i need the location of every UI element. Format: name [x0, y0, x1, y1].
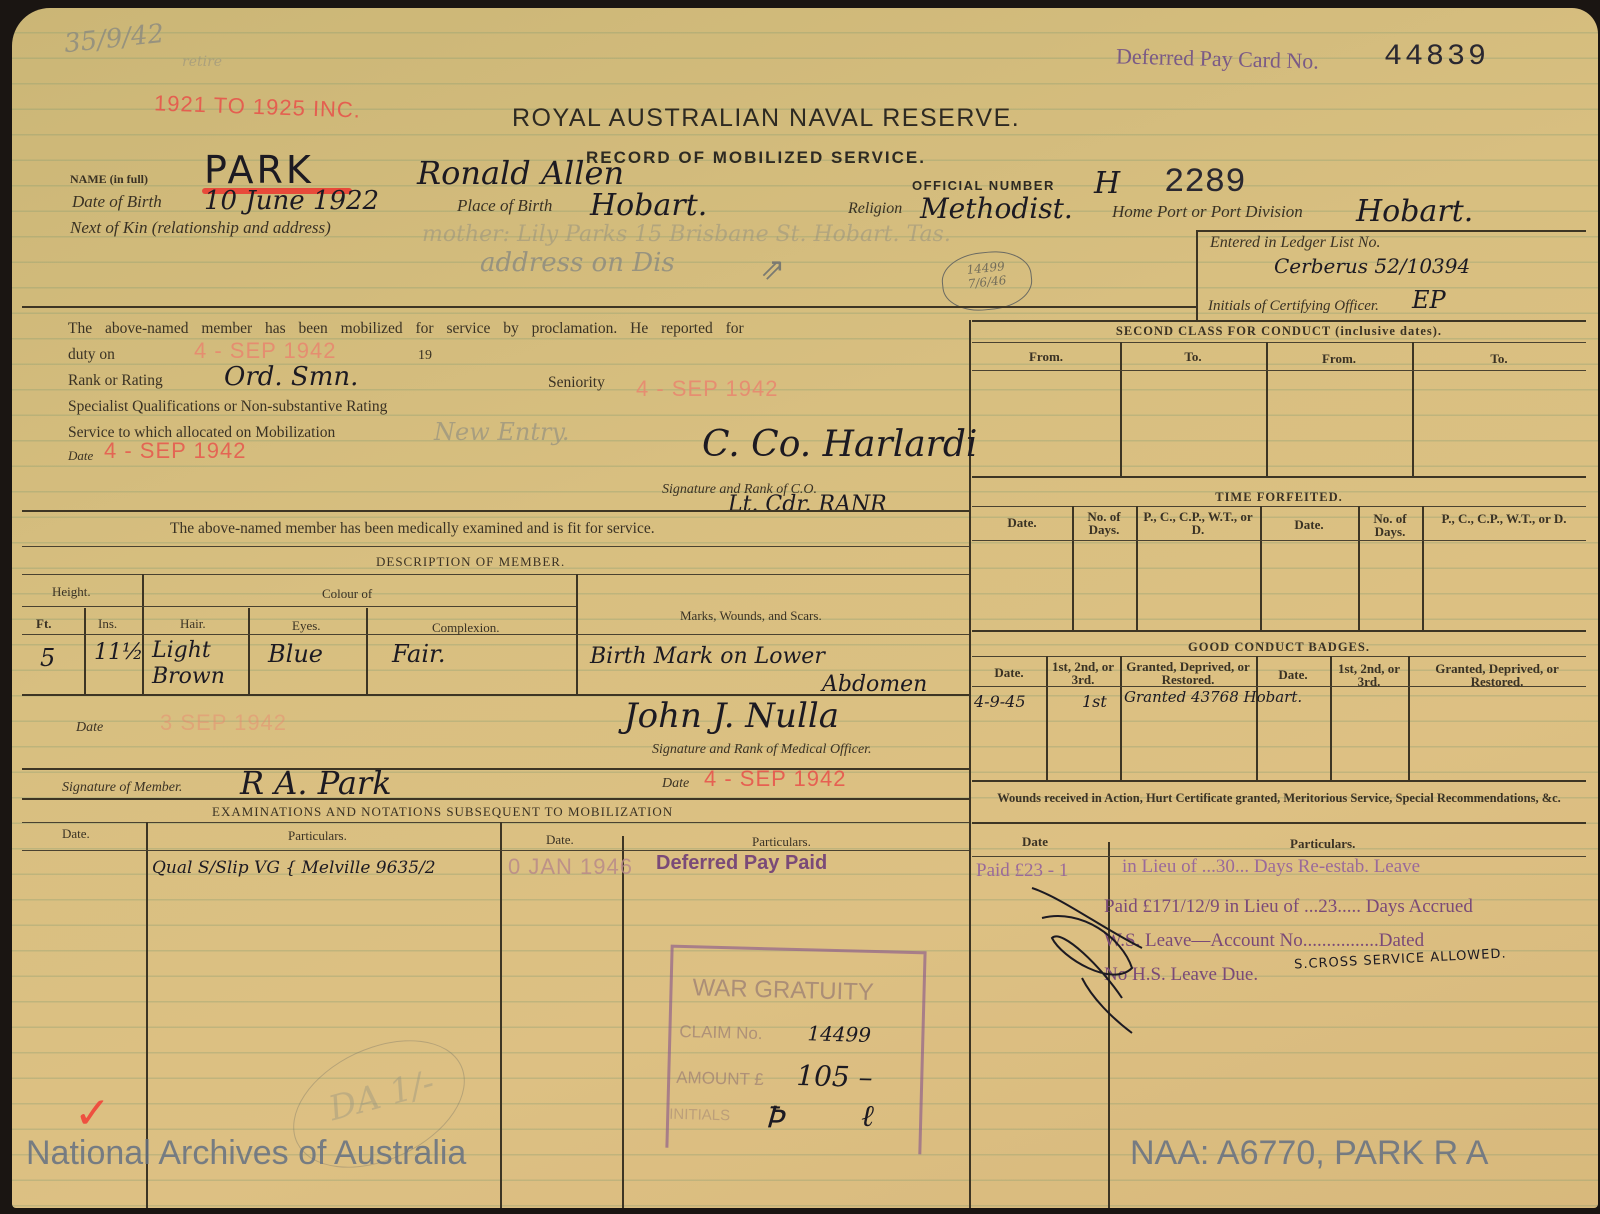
duty-on-label: duty on [68, 346, 115, 364]
gc-col-date-1: Date. [972, 666, 1046, 679]
colour-header: Colour of [322, 586, 372, 602]
gc-col-order-2: 1st, 2nd, or 3rd. [1330, 662, 1408, 688]
examinations-title: EXAMINATIONS AND NOTATIONS SUBSEQUENT TO… [212, 804, 673, 820]
hair-value: Light Brown [152, 638, 248, 690]
claim-label: CLAIM No. [679, 1022, 763, 1044]
tf-col-type-2: P., C., C.P., W.T., or D. [1422, 512, 1586, 525]
deferred-pay-paid-stamp: Deferred Pay Paid [656, 852, 827, 875]
eyes-value: Blue [268, 640, 323, 668]
home-port-label: Home Port or Port Division [1112, 202, 1303, 222]
deferred-pay-number: 44839 [1384, 40, 1489, 74]
height-header: Height. [52, 584, 91, 600]
tf-col-days-1: No. of Days. [1072, 510, 1136, 536]
complexion-value: Fair. [392, 640, 445, 668]
service-value: New Entry. [434, 418, 569, 446]
tf-col-days-2: No. of Days. [1358, 512, 1422, 538]
mo-signature-label: Signature and Rank of Medical Officer. [652, 742, 872, 758]
exam-col-particulars-1: Particulars. [288, 828, 347, 844]
circled-note: 14499 7/6/46 [939, 247, 1035, 314]
amount-label: AMOUNT £ [676, 1068, 764, 1090]
exam-col-particulars-2: Particulars. [752, 834, 811, 850]
exam-col-date-2: Date. [546, 832, 574, 848]
specialist-label: Specialist Qualifications or Non-substan… [68, 398, 387, 416]
initials-mark-1: Ꝥ [765, 1100, 784, 1135]
exam-row1-date-stamp: 0 JAN 1946 [508, 854, 633, 880]
exam-col-date-1: Date. [62, 826, 90, 842]
second-class-to-1: To. [1120, 350, 1266, 363]
wounds-col-particulars: Particulars. [1290, 836, 1355, 852]
tf-col-date-2: Date. [1260, 518, 1358, 531]
given-names: Ronald Allen [417, 154, 624, 192]
nok-note: address on Dis [480, 248, 675, 278]
religion-value: Methodist. [920, 192, 1073, 225]
certifying-initials: EP [1412, 286, 1446, 314]
co-rank: Lt. Cdr. RANR [728, 492, 887, 517]
ft-header: Ft. [36, 616, 52, 632]
red-tick-icon: ✓ [74, 1088, 111, 1139]
time-forfeited-title: TIME FORFEITED. [972, 490, 1586, 505]
pencil-faint-note: retire [182, 54, 222, 70]
claim-value: 14499 [807, 1021, 871, 1047]
deferred-pay-label: Deferred Pay Card No. [1116, 43, 1319, 74]
marks-value-line1: Birth Mark on Lower [590, 644, 825, 669]
ins-header: Ins. [98, 616, 117, 632]
member-date-label: Date [662, 776, 689, 792]
amount-value: 105 – [796, 1059, 873, 1094]
official-number: 2289 [1164, 164, 1246, 202]
name-label: NAME (in full) [70, 172, 148, 187]
seniority-label: Seniority [548, 374, 605, 392]
gc-col-date-2: Date. [1256, 668, 1330, 681]
arrow-icon: ⇗ [760, 252, 785, 287]
gc-row1-date: 4-9-45 [974, 692, 1026, 711]
service-record-card: 35/9/42 retire 1921 TO 1925 INC. Deferre… [12, 8, 1598, 1208]
member-signature: R A. Park [240, 764, 392, 802]
red-years-stamp: 1921 TO 1925 INC. [154, 90, 362, 123]
co-signature: C. Co. Harlardi [702, 424, 977, 465]
wounds-col-date: Date [1022, 834, 1048, 850]
initials-mark-2: ℓ [861, 1099, 874, 1134]
seniority-date-stamp: 4 - SEP 1942 [636, 376, 778, 402]
rank-value: Ord. Smn. [224, 362, 358, 392]
war-gratuity-title: WAR GRATUITY [692, 974, 874, 1007]
hair-header: Hair. [180, 616, 206, 632]
ledger-label: Entered in Ledger List No. [1210, 234, 1381, 252]
tf-col-type-1: P., C., C.P., W.T., or D. [1136, 510, 1260, 536]
initials-label: INITIALS [669, 1106, 730, 1125]
ledger-value: Cerberus 52/10394 [1274, 254, 1470, 278]
height-ft-value: 5 [40, 644, 55, 672]
official-number-label: OFFICIAL NUMBER [912, 178, 1055, 193]
card-title: ROYAL AUSTRALIAN NAVAL RESERVE. [512, 104, 1020, 133]
nok-label: Next of Kin (relationship and address) [70, 218, 331, 238]
watermark-left: National Archives of Australia [26, 1134, 466, 1173]
dob-value: 10 June 1922 [204, 186, 379, 216]
description-title: DESCRIPTION OF MEMBER. [22, 554, 969, 570]
gc-col-status-1: Granted, Deprived, or Restored. [1120, 660, 1256, 686]
gc-row1-order: 1st [1082, 692, 1107, 711]
mob-date-stamp: 4 - SEP 1942 [104, 438, 246, 464]
war-gratuity-stamp: WAR GRATUITY CLAIM No. 14499 AMOUNT £ 10… [665, 945, 926, 1155]
ledger-box-border [1196, 230, 1198, 322]
home-port-value: Hobart. [1356, 194, 1473, 229]
medical-date-stamp: 3 SEP 1942 [160, 710, 287, 736]
duty-on-date-stamp: 4 - SEP 1942 [194, 338, 336, 364]
nok-pencil: mother: Lily Parks 15 Brisbane St. Hobar… [422, 222, 951, 247]
official-prefix: H [1094, 166, 1120, 201]
scribble-signature-icon [1022, 868, 1162, 1038]
medical-text: The above-named member has been medicall… [170, 520, 655, 538]
medical-date-label: Date [76, 720, 103, 736]
year-prefix: 19 [418, 348, 432, 364]
gc-col-order-1: 1st, 2nd, or 3rd. [1046, 660, 1120, 686]
wounds-line1: in Lieu of ...30... Days Re-estab. Leave [1122, 856, 1420, 878]
tf-col-date-1: Date. [972, 516, 1072, 529]
gc-row1-status: Granted 43768 Hobart. [1124, 688, 1302, 706]
second-class-to-2: To. [1412, 352, 1586, 365]
marks-header: Marks, Wounds, and Scars. [680, 608, 822, 624]
gc-col-status-2: Granted, Deprived, or Restored. [1408, 662, 1586, 688]
complexion-header: Complexion. [432, 620, 500, 636]
mobilization-text: The above-named member has been mobilize… [68, 320, 744, 338]
watermark-right: NAA: A6770, PARK R A [1130, 1134, 1488, 1173]
second-class-from-2: From. [1266, 352, 1412, 365]
second-class-from-1: From. [972, 350, 1120, 363]
member-date-stamp: 4 - SEP 1942 [704, 766, 846, 792]
exam-row1-particulars: Qual S/Slip VG { Melville 9635/2 [152, 858, 436, 878]
wounds-title: Wounds received in Action, Hurt Certific… [976, 792, 1582, 805]
certifying-label: Initials of Certifying Officer. [1208, 298, 1379, 315]
rank-label: Rank or Rating [68, 372, 163, 390]
height-ins-value: 11½ [94, 640, 143, 665]
member-signature-label: Signature of Member. [62, 780, 182, 796]
second-class-title: SECOND CLASS FOR CONDUCT (inclusive date… [972, 324, 1586, 339]
mob-date-label: Date [68, 448, 93, 464]
good-conduct-title: GOOD CONDUCT BADGES. [972, 640, 1586, 655]
religion-label: Religion [848, 200, 902, 218]
mo-signature: John J. Nulla [624, 696, 839, 736]
pob-value: Hobart. [590, 188, 707, 223]
section-divider [22, 306, 1196, 308]
pob-label: Place of Birth [457, 196, 552, 216]
eyes-header: Eyes. [292, 618, 321, 634]
card-subtitle: RECORD OF MOBILIZED SERVICE. [586, 148, 926, 168]
pencil-top-note: 35/9/42 [63, 19, 166, 59]
dob-label: Date of Birth [72, 192, 162, 212]
